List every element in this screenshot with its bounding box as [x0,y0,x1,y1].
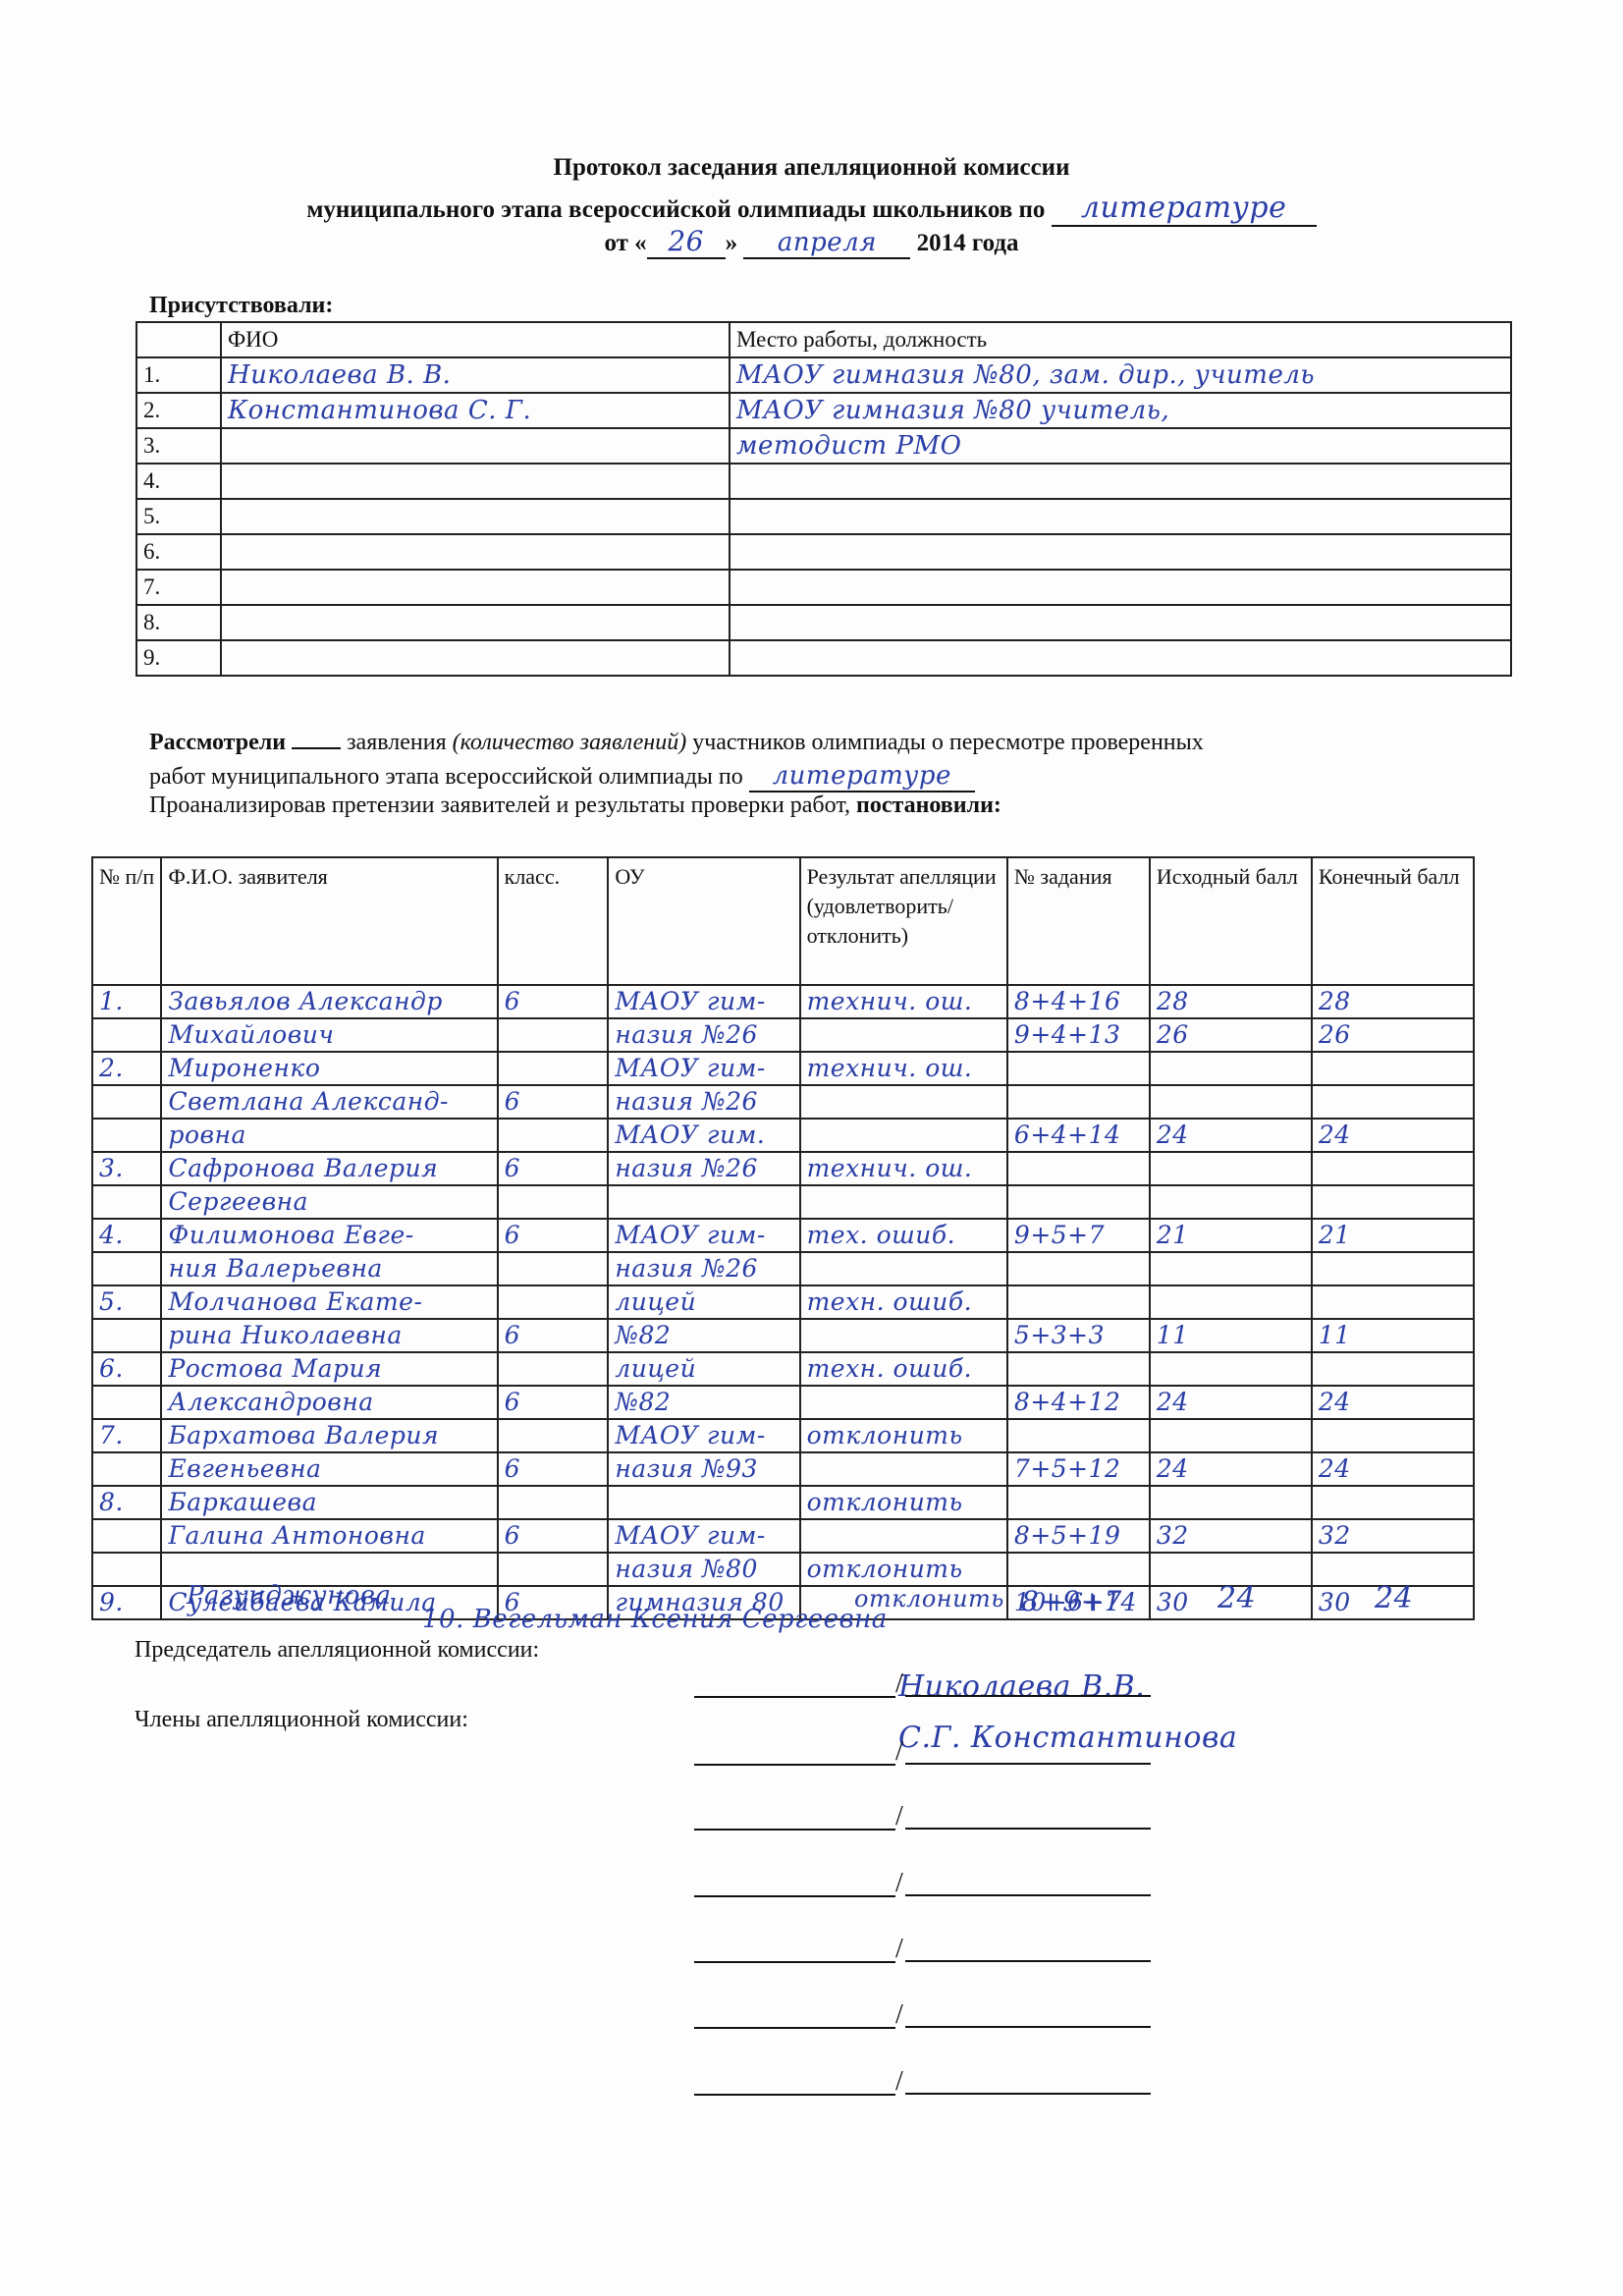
col-num-cell[interactable] [92,1452,161,1486]
col-num-cell[interactable] [92,1185,161,1219]
signature-separator: / [895,1999,903,2031]
col-result-cell[interactable] [800,1252,1007,1285]
col-num-cell[interactable]: 5. [92,1285,161,1319]
col-class-cell[interactable] [498,1553,609,1586]
col-initial-cell[interactable] [1150,1252,1312,1285]
name-line[interactable] [905,2026,1151,2028]
col-num-cell[interactable]: 3. [92,1152,161,1185]
appeal-row: Галина Антоновна6МАОУ гим-8+5+193232 [92,1519,1474,1553]
col-final-cell[interactable]: 28 [1312,985,1474,1018]
col-tasks-cell[interactable] [1007,1152,1150,1185]
attendee-row: 6. [136,534,1511,570]
name-line[interactable] [905,1828,1151,1830]
col-num-cell[interactable]: 6. [92,1352,161,1386]
col-result-cell[interactable]: тех. ошиб. [800,1219,1007,1252]
col-class-cell[interactable]: 6 [498,1152,609,1185]
attendee-job-field[interactable] [730,499,1511,534]
col-fio-cell[interactable]: ния Валерьевна [161,1252,497,1285]
col-num-cell[interactable] [92,1386,161,1419]
col-class-cell[interactable]: 6 [498,1219,609,1252]
header-col-class: класс. [498,857,609,985]
col-class-cell[interactable] [498,1285,609,1319]
col-initial-cell[interactable]: 24 [1150,1452,1312,1486]
col-final-cell[interactable] [1312,1252,1474,1285]
appeal-row: ния Валерьевнаназия №26 [92,1252,1474,1285]
col-num-cell[interactable]: 9. [92,1586,161,1619]
col-school-cell[interactable]: лицей [608,1285,799,1319]
attendee-job-field[interactable]: МАОУ гимназия №80, зам. дир., учитель [730,357,1511,393]
col-tasks-cell[interactable]: 8+5+19 [1007,1519,1150,1553]
col-num-cell[interactable]: 1. [92,985,161,1018]
name-line[interactable] [905,1960,1151,1962]
col-school-cell[interactable]: МАОУ гим- [608,1052,799,1085]
appeal-row: ровнаМАОУ гим.6+4+142424 [92,1119,1474,1152]
attendee-num: 7. [136,570,221,605]
appeal-row: 8.Баркашеваотклонить [92,1486,1474,1519]
chair-label: Председатель апелляционной комиссии: [135,1637,539,1664]
review-line1: Рассмотрели заявления (количество заявле… [149,730,1204,756]
extra-name-cont: Рагуиджунова [187,1581,392,1611]
header-col-initial: Исходный балл [1150,857,1312,985]
signature-line[interactable] [694,1961,895,1963]
signature-separator: / [895,1668,903,1700]
col-num-cell[interactable]: 2. [92,1052,161,1085]
appeal-row: Михайловичназия №269+4+132626 [92,1018,1474,1052]
attendee-num: 3. [136,428,221,464]
col-num-cell[interactable] [92,1085,161,1119]
col-result-cell[interactable] [800,1519,1007,1553]
col-class-cell[interactable]: 6 [498,1085,609,1119]
header-job: Место работы, должность [730,322,1511,357]
col-initial-cell[interactable]: 11 [1150,1319,1312,1352]
review-line3: Проанализировав претензии заявителей и р… [149,793,1001,819]
attendee-row: 1.Николаева В. В.МАОУ гимназия №80, зам.… [136,357,1511,393]
extra-final: 24 [1375,1581,1413,1615]
attendees-header-row: ФИОМесто работы, должность [136,322,1511,357]
col-school-cell[interactable]: МАОУ гим. [608,1119,799,1152]
header-col-tasks: № задания [1007,857,1150,985]
attendee-fio-field[interactable] [221,640,730,676]
col-initial-cell[interactable] [1150,1352,1312,1386]
attendee-job-field[interactable] [730,640,1511,676]
appeals-table: № п/пФ.И.О. заявителякласс.ОУРезультат а… [91,856,1475,1620]
col-fio-cell[interactable]: Молчанова Екате- [161,1285,497,1319]
col-tasks-cell[interactable] [1007,1052,1150,1085]
doc-title-line1: Протокол заседания апелляционной комисси… [0,154,1623,182]
signature-line[interactable] [694,2027,895,2029]
date-suffix: 2014 года [917,230,1019,256]
col-tasks-cell[interactable] [1007,1285,1150,1319]
appeal-row: 3.Сафронова Валерия6назия №26технич. ош. [92,1152,1474,1185]
attendee-fio-field[interactable] [221,605,730,640]
col-class-cell[interactable]: 6 [498,1319,609,1352]
col-tasks-cell[interactable]: 7+5+12 [1007,1452,1150,1486]
date-prefix: от « [604,230,646,256]
col-final-cell[interactable]: 32 [1312,1519,1474,1553]
col-final-cell[interactable] [1312,1052,1474,1085]
attendee-num: 1. [136,357,221,393]
col-school-cell[interactable]: назия №26 [608,1018,799,1052]
header-col-final: Конечный балл [1312,857,1474,985]
col-num-cell[interactable] [92,1553,161,1586]
col-class-cell[interactable] [498,1352,609,1386]
col-school-cell[interactable]: МАОУ гим- [608,1219,799,1252]
header-num [136,322,221,357]
col-fio-cell[interactable]: Филимонова Евге- [161,1219,497,1252]
col-initial-cell[interactable] [1150,1486,1312,1519]
col-fio-cell[interactable]: ровна [161,1119,497,1152]
attendee-job-field[interactable] [730,570,1511,605]
col-class-cell[interactable] [498,1185,609,1219]
col-final-cell[interactable] [1312,1185,1474,1219]
col-result-cell[interactable] [800,1386,1007,1419]
col-tasks-cell[interactable] [1007,1553,1150,1586]
col-fio-cell[interactable]: Евгеньевна [161,1452,497,1486]
signature-separator: / [895,1801,903,1832]
col-school-cell[interactable]: назия №80 [608,1553,799,1586]
col-initial-cell[interactable]: 26 [1150,1018,1312,1052]
header-fio: ФИО [221,322,730,357]
attendees-table: ФИОМесто работы, должность1.Николаева В.… [135,321,1512,677]
col-initial-cell[interactable] [1150,1285,1312,1319]
attendee-fio-field[interactable] [221,464,730,499]
col-class-cell[interactable] [498,1419,609,1452]
review-line2: работ муниципального этапа всероссийской… [149,761,975,793]
appeal-row: Евгеньевна6назия №937+5+122424 [92,1452,1474,1486]
col-fio-cell[interactable]: Мироненко [161,1052,497,1085]
col-final-cell[interactable]: 11 [1312,1319,1474,1352]
appeal-row: 7.Бархатова ВалерияМАОУ гим-отклонить [92,1419,1474,1452]
col-fio-cell[interactable]: Александровна [161,1386,497,1419]
appeal-row: рина Николаевна6№825+3+31111 [92,1319,1474,1352]
header-col-fio: Ф.И.О. заявителя [161,857,497,985]
col-result-cell[interactable]: техн. ошиб. [800,1352,1007,1386]
col-school-cell[interactable] [608,1185,799,1219]
name-line[interactable] [905,1894,1151,1896]
attendee-fio-field[interactable] [221,499,730,534]
col-result-cell[interactable] [800,1319,1007,1352]
col-initial-cell[interactable]: 24 [1150,1386,1312,1419]
col-fio-cell[interactable]: Баркашева [161,1486,497,1519]
col-result-cell[interactable]: отклонить [800,1486,1007,1519]
col-class-cell[interactable] [498,1486,609,1519]
col-initial-cell[interactable]: 24 [1150,1119,1312,1152]
col-final-cell[interactable] [1312,1352,1474,1386]
signature-line[interactable] [694,1829,895,1831]
attendee-row: 3.методист РМО [136,428,1511,464]
review-line2-text: работ муниципального этапа всероссийской… [149,764,743,790]
attendee-job-field[interactable]: методист РМО [730,428,1511,464]
attendee-row: 5. [136,499,1511,534]
col-class-cell[interactable]: 6 [498,1452,609,1486]
col-num-cell[interactable]: 8. [92,1486,161,1519]
col-num-cell[interactable] [92,1319,161,1352]
col-final-cell[interactable]: 24 [1312,1452,1474,1486]
attendee-row: 9. [136,640,1511,676]
name-line[interactable] [905,1763,1151,1765]
name-line[interactable] [905,1695,1151,1697]
col-tasks-cell[interactable] [1007,1419,1150,1452]
appeal-row: 2.МироненкоМАОУ гим-технич. ош. [92,1052,1474,1085]
col-class-cell[interactable]: 6 [498,1386,609,1419]
header-col-result: Результат апелляции (удовлетворить/ откл… [800,857,1007,985]
attendee-fio-field[interactable] [221,534,730,570]
col-final-cell[interactable] [1312,1419,1474,1452]
review-count-field[interactable] [292,747,341,749]
review-text-a: заявления [347,730,447,755]
col-result-cell[interactable]: отклонить [800,1419,1007,1452]
col-school-cell[interactable]: МАОУ гим- [608,1419,799,1452]
signature-separator: / [895,1736,903,1768]
col-tasks-cell[interactable]: 5+3+3 [1007,1319,1150,1352]
col-result-cell[interactable]: техн. ошиб. [800,1285,1007,1319]
col-final-cell[interactable] [1312,1152,1474,1185]
col-school-cell[interactable]: назия №93 [608,1452,799,1486]
col-tasks-cell[interactable] [1007,1185,1150,1219]
attendee-fio-field[interactable] [221,570,730,605]
col-initial-cell[interactable] [1150,1085,1312,1119]
col-final-cell[interactable]: 21 [1312,1219,1474,1252]
attendee-num: 4. [136,464,221,499]
col-fio-cell[interactable]: Михайлович [161,1018,497,1052]
attendee-num: 9. [136,640,221,676]
col-school-cell[interactable]: МАОУ гим- [608,1519,799,1553]
attendee-num: 2. [136,393,221,428]
signature-line[interactable] [694,1895,895,1897]
appeal-row: 6.Ростова Мариялицейтехн. ошиб. [92,1352,1474,1386]
signature-line[interactable] [694,2094,895,2096]
appeal-row: Александровна6№828+4+122424 [92,1386,1474,1419]
date-mid: » [726,230,738,256]
col-initial-cell[interactable]: 28 [1150,985,1312,1018]
col-tasks-cell[interactable] [1007,1486,1150,1519]
col-num-cell[interactable] [92,1519,161,1553]
signature-separator: / [895,2066,903,2098]
extra-result: отклонить [854,1585,1004,1613]
col-class-cell[interactable] [498,1119,609,1152]
col-tasks-cell[interactable] [1007,1352,1150,1386]
col-school-cell[interactable]: назия №26 [608,1152,799,1185]
review-subject-field[interactable]: литературе [749,761,975,793]
doc-date-line: от «26» апреля 2014 года [0,225,1623,259]
col-school-cell[interactable]: лицей [608,1352,799,1386]
attendee-row: 7. [136,570,1511,605]
signature-separator: / [895,1934,903,1965]
chair-signature-name: Николаева В.В. [898,1669,1145,1704]
col-result-cell[interactable]: технич. ош. [800,1052,1007,1085]
review-line3-text: Проанализировав претензии заявителей и р… [149,793,850,818]
attendee-job-field[interactable]: МАОУ гимназия №80 учитель, [730,393,1511,428]
col-tasks-cell[interactable]: 8+4+16 [1007,985,1150,1018]
attendee-job-field[interactable] [730,534,1511,570]
extra-tasks: 8+9+7 [1021,1585,1122,1617]
attendee-num: 6. [136,534,221,570]
col-school-cell[interactable]: №82 [608,1386,799,1419]
signature-separator: / [895,1868,903,1899]
extra-entry: 10. Вегельман Ксения Сергеевна [422,1605,888,1634]
col-initial-cell[interactable]: 21 [1150,1219,1312,1252]
appeals-header-row: № п/пФ.И.О. заявителякласс.ОУРезультат а… [92,857,1474,985]
col-result-cell[interactable]: технич. ош. [800,985,1007,1018]
header-col-school: ОУ [608,857,799,985]
col-class-cell[interactable] [498,1252,609,1285]
col-initial-cell[interactable] [1150,1152,1312,1185]
attendee-fio-field[interactable]: Николаева В. В. [221,357,730,393]
col-result-cell[interactable] [800,1119,1007,1152]
col-num-cell[interactable]: 7. [92,1419,161,1452]
col-result-cell[interactable] [800,1185,1007,1219]
appeal-row: 4.Филимонова Евге-6МАОУ гим-тех. ошиб.9+… [92,1219,1474,1252]
appeal-row: Светлана Александ-6назия №26 [92,1085,1474,1119]
col-tasks-cell[interactable] [1007,1085,1150,1119]
col-class-cell[interactable]: 6 [498,985,609,1018]
review-line3-bold: постановили: [856,793,1001,818]
col-tasks-cell[interactable] [1007,1252,1150,1285]
review-bold: Рассмотрели [149,730,286,755]
col-result-cell[interactable]: технич. ош. [800,1152,1007,1185]
signature-line[interactable] [694,1764,895,1766]
col-result-cell[interactable]: отклонить [800,1553,1007,1586]
date-month-field[interactable]: апреля [743,228,910,259]
col-num-cell[interactable] [92,1119,161,1152]
col-initial-cell[interactable] [1150,1185,1312,1219]
attendee-fio-field[interactable] [221,428,730,464]
col-fio-cell[interactable]: Сергеевна [161,1185,497,1219]
member-signature-name: С.Г. Константинова [898,1721,1237,1755]
col-result-cell[interactable] [800,1085,1007,1119]
col-final-cell[interactable]: 24 [1312,1119,1474,1152]
col-initial-cell[interactable] [1150,1419,1312,1452]
appeal-row: 1.Завьялов Александр6МАОУ гим-технич. ош… [92,985,1474,1018]
date-day-field[interactable]: 26 [647,225,726,259]
col-tasks-cell[interactable]: 8+4+12 [1007,1386,1150,1419]
col-class-cell[interactable] [498,1052,609,1085]
col-final-cell[interactable]: 24 [1312,1386,1474,1419]
col-fio-cell[interactable]: Ростова Мария [161,1352,497,1386]
col-class-cell[interactable] [498,1018,609,1052]
col-school-cell[interactable]: МАОУ гим- [608,985,799,1018]
col-class-cell[interactable]: 6 [498,1519,609,1553]
subject-field[interactable]: литературе [1052,191,1317,227]
col-fio-cell[interactable]: Светлана Александ- [161,1085,497,1119]
col-tasks-cell[interactable]: 9+4+13 [1007,1018,1150,1052]
attendee-job-field[interactable] [730,464,1511,499]
present-label: Присутствовали: [149,293,333,319]
attendee-num: 5. [136,499,221,534]
review-text-b: участников олимпиады о пересмотре провер… [692,730,1204,755]
col-final-cell[interactable] [1312,1085,1474,1119]
col-final-cell[interactable] [1312,1285,1474,1319]
title-text: муниципального этапа всероссийской олимп… [306,196,1045,223]
col-tasks-cell[interactable]: 6+4+14 [1007,1119,1150,1152]
col-school-cell[interactable] [608,1486,799,1519]
appeal-row: 5.Молчанова Екате-лицейтехн. ошиб. [92,1285,1474,1319]
doc-title-line2: муниципального этапа всероссийской олимп… [0,191,1623,227]
attendee-row: 2.Константинова С. Г.МАОУ гимназия №80 у… [136,393,1511,428]
col-school-cell[interactable]: №82 [608,1319,799,1352]
col-fio-cell[interactable]: Завьялов Александр [161,985,497,1018]
signature-line[interactable] [694,1696,895,1698]
col-school-cell[interactable]: назия №26 [608,1085,799,1119]
review-italic: (количество заявлений) [453,730,687,755]
col-final-cell[interactable] [1312,1486,1474,1519]
attendee-job-field[interactable] [730,605,1511,640]
col-final-cell[interactable]: 26 [1312,1018,1474,1052]
extra-initial: 24 [1217,1581,1256,1615]
appeal-row: Сергеевна [92,1185,1474,1219]
col-fio-cell[interactable]: Сафронова Валерия [161,1152,497,1185]
col-num-cell[interactable]: 4. [92,1219,161,1252]
col-num-cell[interactable] [92,1018,161,1052]
attendee-row: 4. [136,464,1511,499]
col-fio-cell[interactable]: Галина Антоновна [161,1519,497,1553]
header-col-num: № п/п [92,857,161,985]
attendee-num: 8. [136,605,221,640]
members-label: Члены апелляционной комиссии: [135,1707,468,1733]
col-num-cell[interactable] [92,1252,161,1285]
col-result-cell[interactable] [800,1018,1007,1052]
col-result-cell[interactable] [800,1452,1007,1486]
col-tasks-cell[interactable]: 9+5+7 [1007,1219,1150,1252]
col-fio-cell[interactable]: Бархатова Валерия [161,1419,497,1452]
col-initial-cell[interactable] [1150,1052,1312,1085]
attendee-fio-field[interactable]: Константинова С. Г. [221,393,730,428]
col-initial-cell[interactable]: 32 [1150,1519,1312,1553]
col-fio-cell[interactable]: рина Николаевна [161,1319,497,1352]
name-line[interactable] [905,2093,1151,2095]
attendee-row: 8. [136,605,1511,640]
col-school-cell[interactable]: назия №26 [608,1252,799,1285]
